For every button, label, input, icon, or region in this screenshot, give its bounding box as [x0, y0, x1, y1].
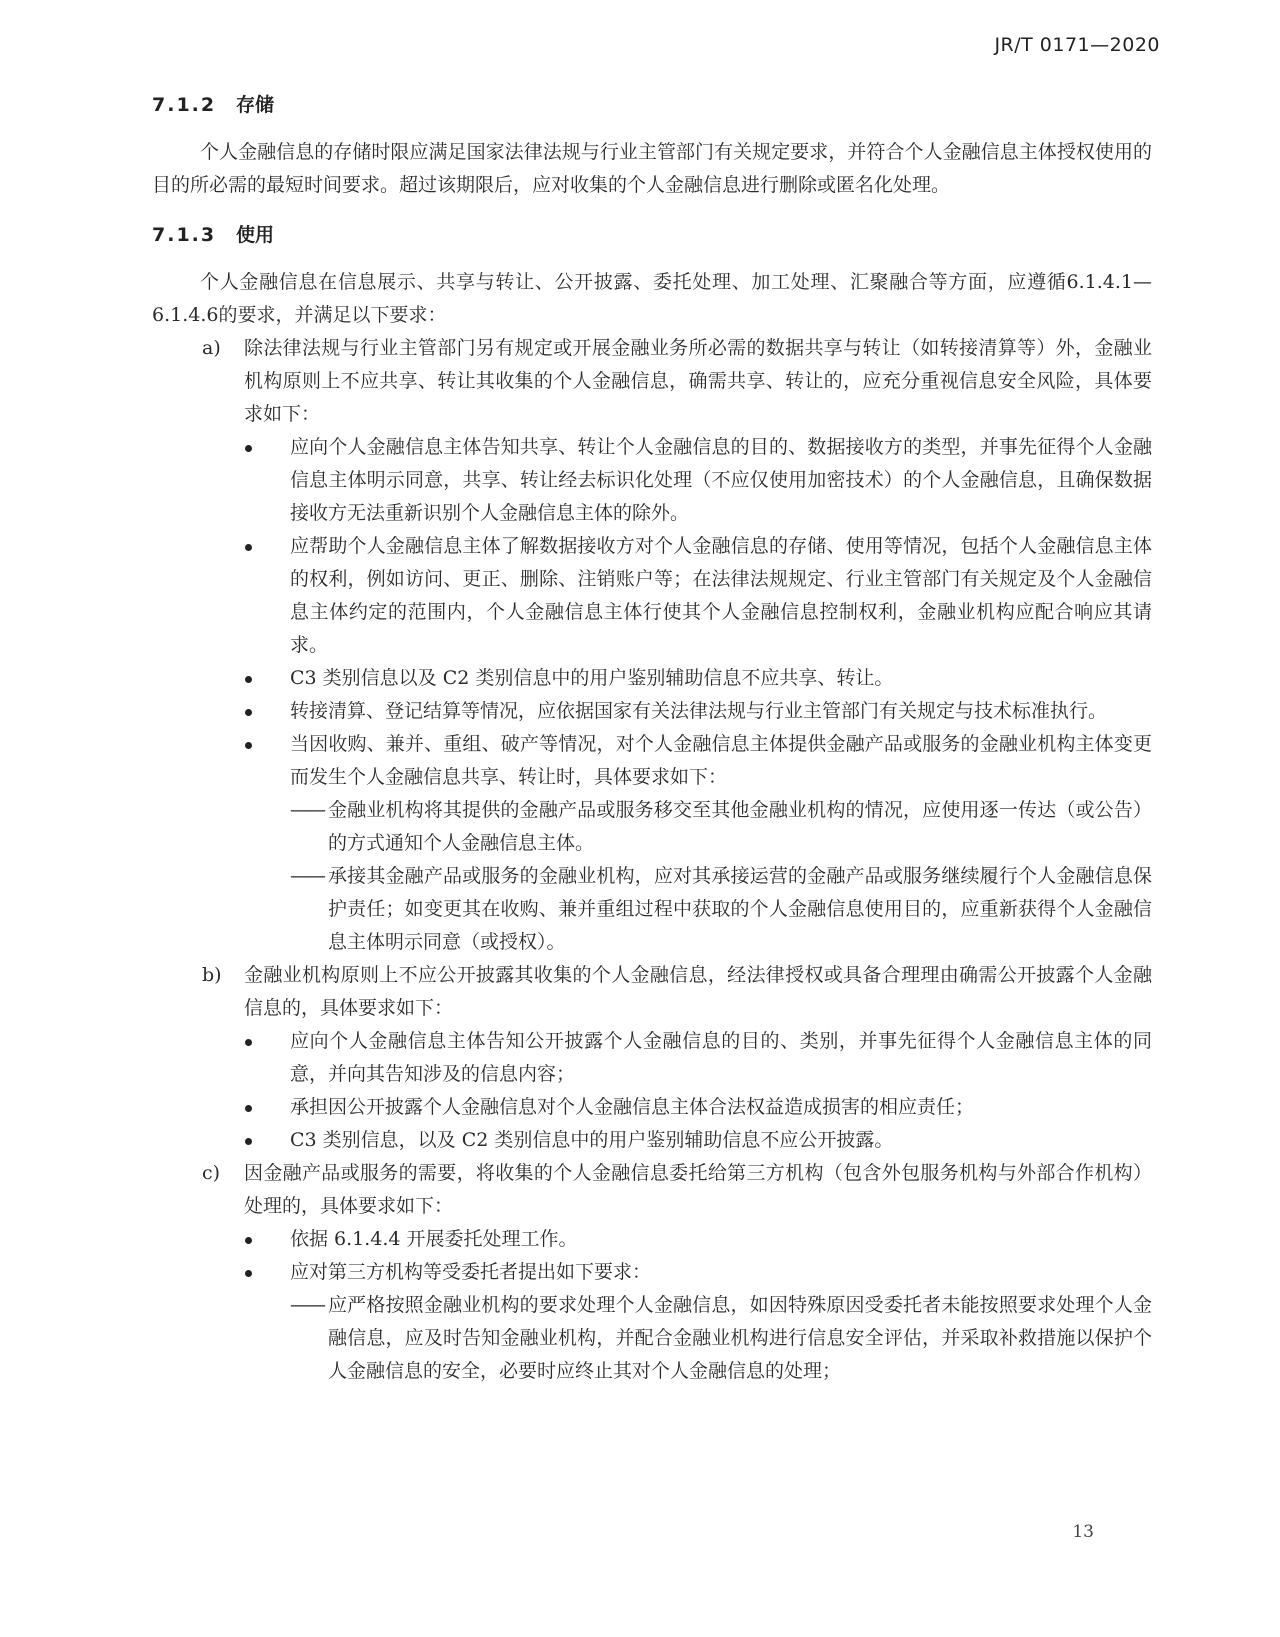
- bullet-text: 承担因公开披露个人金融信息对个人金融信息主体合法权益造成损害的相应责任；: [290, 1096, 974, 1118]
- bullet-item: 当因收购、兼并、重组、破产等情况，对个人金融信息主体提供金融产品或服务的金融业机…: [152, 728, 1152, 794]
- bullet-item: 应向个人金融信息主体告知共享、转让个人金融信息的目的、数据接收方的类型，并事先征…: [152, 431, 1152, 530]
- section-heading-7-1-2: 7.1.2存储: [152, 88, 1152, 122]
- bullet-dot-icon: [245, 1270, 252, 1277]
- bullet-item: 应帮助个人金融信息主体了解数据接收方对个人金融信息的存储、使用等情况，包括个人金…: [152, 530, 1152, 662]
- section-title: 存储: [236, 94, 274, 116]
- bullet-item: 承担因公开披露个人金融信息对个人金融信息主体合法权益造成损害的相应责任；: [152, 1091, 1152, 1124]
- bullet-item: 依据 6.1.4.4 开展委托处理工作。: [152, 1223, 1152, 1256]
- standard-code: JR/T 0171—2020: [994, 34, 1160, 56]
- item-marker: a): [202, 332, 221, 365]
- dash-text: 应严格按照金融业机构的要求处理个人金融信息，如因特殊原因受委托者未能按照要求处理…: [328, 1294, 1152, 1382]
- bullet-text: C3 类别信息，以及 C2 类别信息中的用户鉴别辅助信息不应公开披露。: [290, 1129, 893, 1151]
- dash-mark: ——: [290, 1289, 324, 1322]
- bullet-item: 应对第三方机构等受委托者提出如下要求：: [152, 1256, 1152, 1289]
- bullet-item: C3 类别信息，以及 C2 类别信息中的用户鉴别辅助信息不应公开披露。: [152, 1124, 1152, 1157]
- bullet-dot-icon: [245, 1039, 252, 1046]
- list-item-c: c) 因金融产品或服务的需要，将收集的个人金融信息委托给第三方机构（包含外包服务…: [152, 1157, 1152, 1223]
- item-text: 金融业机构原则上不应公开披露其收集的个人金融信息，经法律授权或具备合理理由确需公…: [244, 964, 1152, 1019]
- section-number: 7.1.3: [152, 218, 236, 252]
- dash-item: —— 承接其金融产品或服务的金融业机构，应对其承接运营的金融产品或服务继续履行个…: [152, 860, 1152, 959]
- dash-item: —— 金融业机构将其提供的金融产品或服务移交至其他金融业机构的情况，应使用逐一传…: [152, 794, 1152, 860]
- bullet-dot-icon: [245, 1105, 252, 1112]
- bullet-text: 应帮助个人金融信息主体了解数据接收方对个人金融信息的存储、使用等情况，包括个人金…: [290, 535, 1152, 656]
- bullet-dot-icon: [245, 1138, 252, 1145]
- bullet-dot-icon: [245, 676, 252, 683]
- bullet-dot-icon: [245, 445, 252, 452]
- list-item-b: b) 金融业机构原则上不应公开披露其收集的个人金融信息，经法律授权或具备合理理由…: [152, 959, 1152, 1025]
- bullet-dot-icon: [245, 544, 252, 551]
- page-number: 13: [1072, 1522, 1094, 1542]
- dash-mark: ——: [290, 860, 324, 893]
- bullet-text: 依据 6.1.4.4 开展委托处理工作。: [290, 1228, 578, 1250]
- dash-text: 金融业机构将其提供的金融产品或服务移交至其他金融业机构的情况，应使用逐一传达（或…: [328, 799, 1152, 854]
- storage-paragraph: 个人金融信息的存储时限应满足国家法律法规与行业主管部门有关规定要求，并符合个人金…: [152, 136, 1152, 202]
- item-text: 因金融产品或服务的需要，将收集的个人金融信息委托给第三方机构（包含外包服务机构与…: [244, 1162, 1152, 1217]
- document-body: 7.1.2存储 个人金融信息的存储时限应满足国家法律法规与行业主管部门有关规定要…: [152, 88, 1152, 1388]
- bullet-text: 应向个人金融信息主体告知共享、转让个人金融信息的目的、数据接收方的类型，并事先征…: [290, 436, 1152, 524]
- section-number: 7.1.2: [152, 88, 236, 122]
- bullet-item: C3 类别信息以及 C2 类别信息中的用户鉴别辅助信息不应共享、转让。: [152, 662, 1152, 695]
- section-title: 使用: [236, 224, 274, 246]
- bullet-item: 应向个人金融信息主体告知公开披露个人金融信息的目的、类别，并事先征得个人金融信息…: [152, 1025, 1152, 1091]
- bullet-text: 应对第三方机构等受委托者提出如下要求：: [290, 1261, 651, 1283]
- list-item-a: a) 除法律法规与行业主管部门另有规定或开展金融业务所必需的数据共享与转让（如转…: [152, 332, 1152, 431]
- section-heading-7-1-3: 7.1.3使用: [152, 218, 1152, 252]
- item-text: 除法律法规与行业主管部门另有规定或开展金融业务所必需的数据共享与转让（如转接清算…: [244, 337, 1152, 425]
- bullet-text: C3 类别信息以及 C2 类别信息中的用户鉴别辅助信息不应共享、转让。: [290, 667, 893, 689]
- bullet-text: 转接清算、登记结算等情况，应依据国家有关法律法规与行业主管部门有关规定与技术标准…: [290, 700, 1107, 722]
- usage-paragraph: 个人金融信息在信息展示、共享与转让、公开披露、委托处理、加工处理、汇聚融合等方面…: [152, 266, 1152, 332]
- dash-text: 承接其金融产品或服务的金融业机构，应对其承接运营的金融产品或服务继续履行个人金融…: [328, 865, 1152, 953]
- bullet-text: 应向个人金融信息主体告知公开披露个人金融信息的目的、类别，并事先征得个人金融信息…: [290, 1030, 1152, 1085]
- bullet-dot-icon: [245, 742, 252, 749]
- bullet-dot-icon: [245, 709, 252, 716]
- bullet-dot-icon: [245, 1237, 252, 1244]
- dash-mark: ——: [290, 794, 324, 827]
- bullet-text: 当因收购、兼并、重组、破产等情况，对个人金融信息主体提供金融产品或服务的金融业机…: [290, 733, 1152, 788]
- bullet-item: 转接清算、登记结算等情况，应依据国家有关法律法规与行业主管部门有关规定与技术标准…: [152, 695, 1152, 728]
- item-marker: b): [202, 959, 222, 992]
- item-marker: c): [202, 1157, 220, 1190]
- dash-item: —— 应严格按照金融业机构的要求处理个人金融信息，如因特殊原因受委托者未能按照要…: [152, 1289, 1152, 1388]
